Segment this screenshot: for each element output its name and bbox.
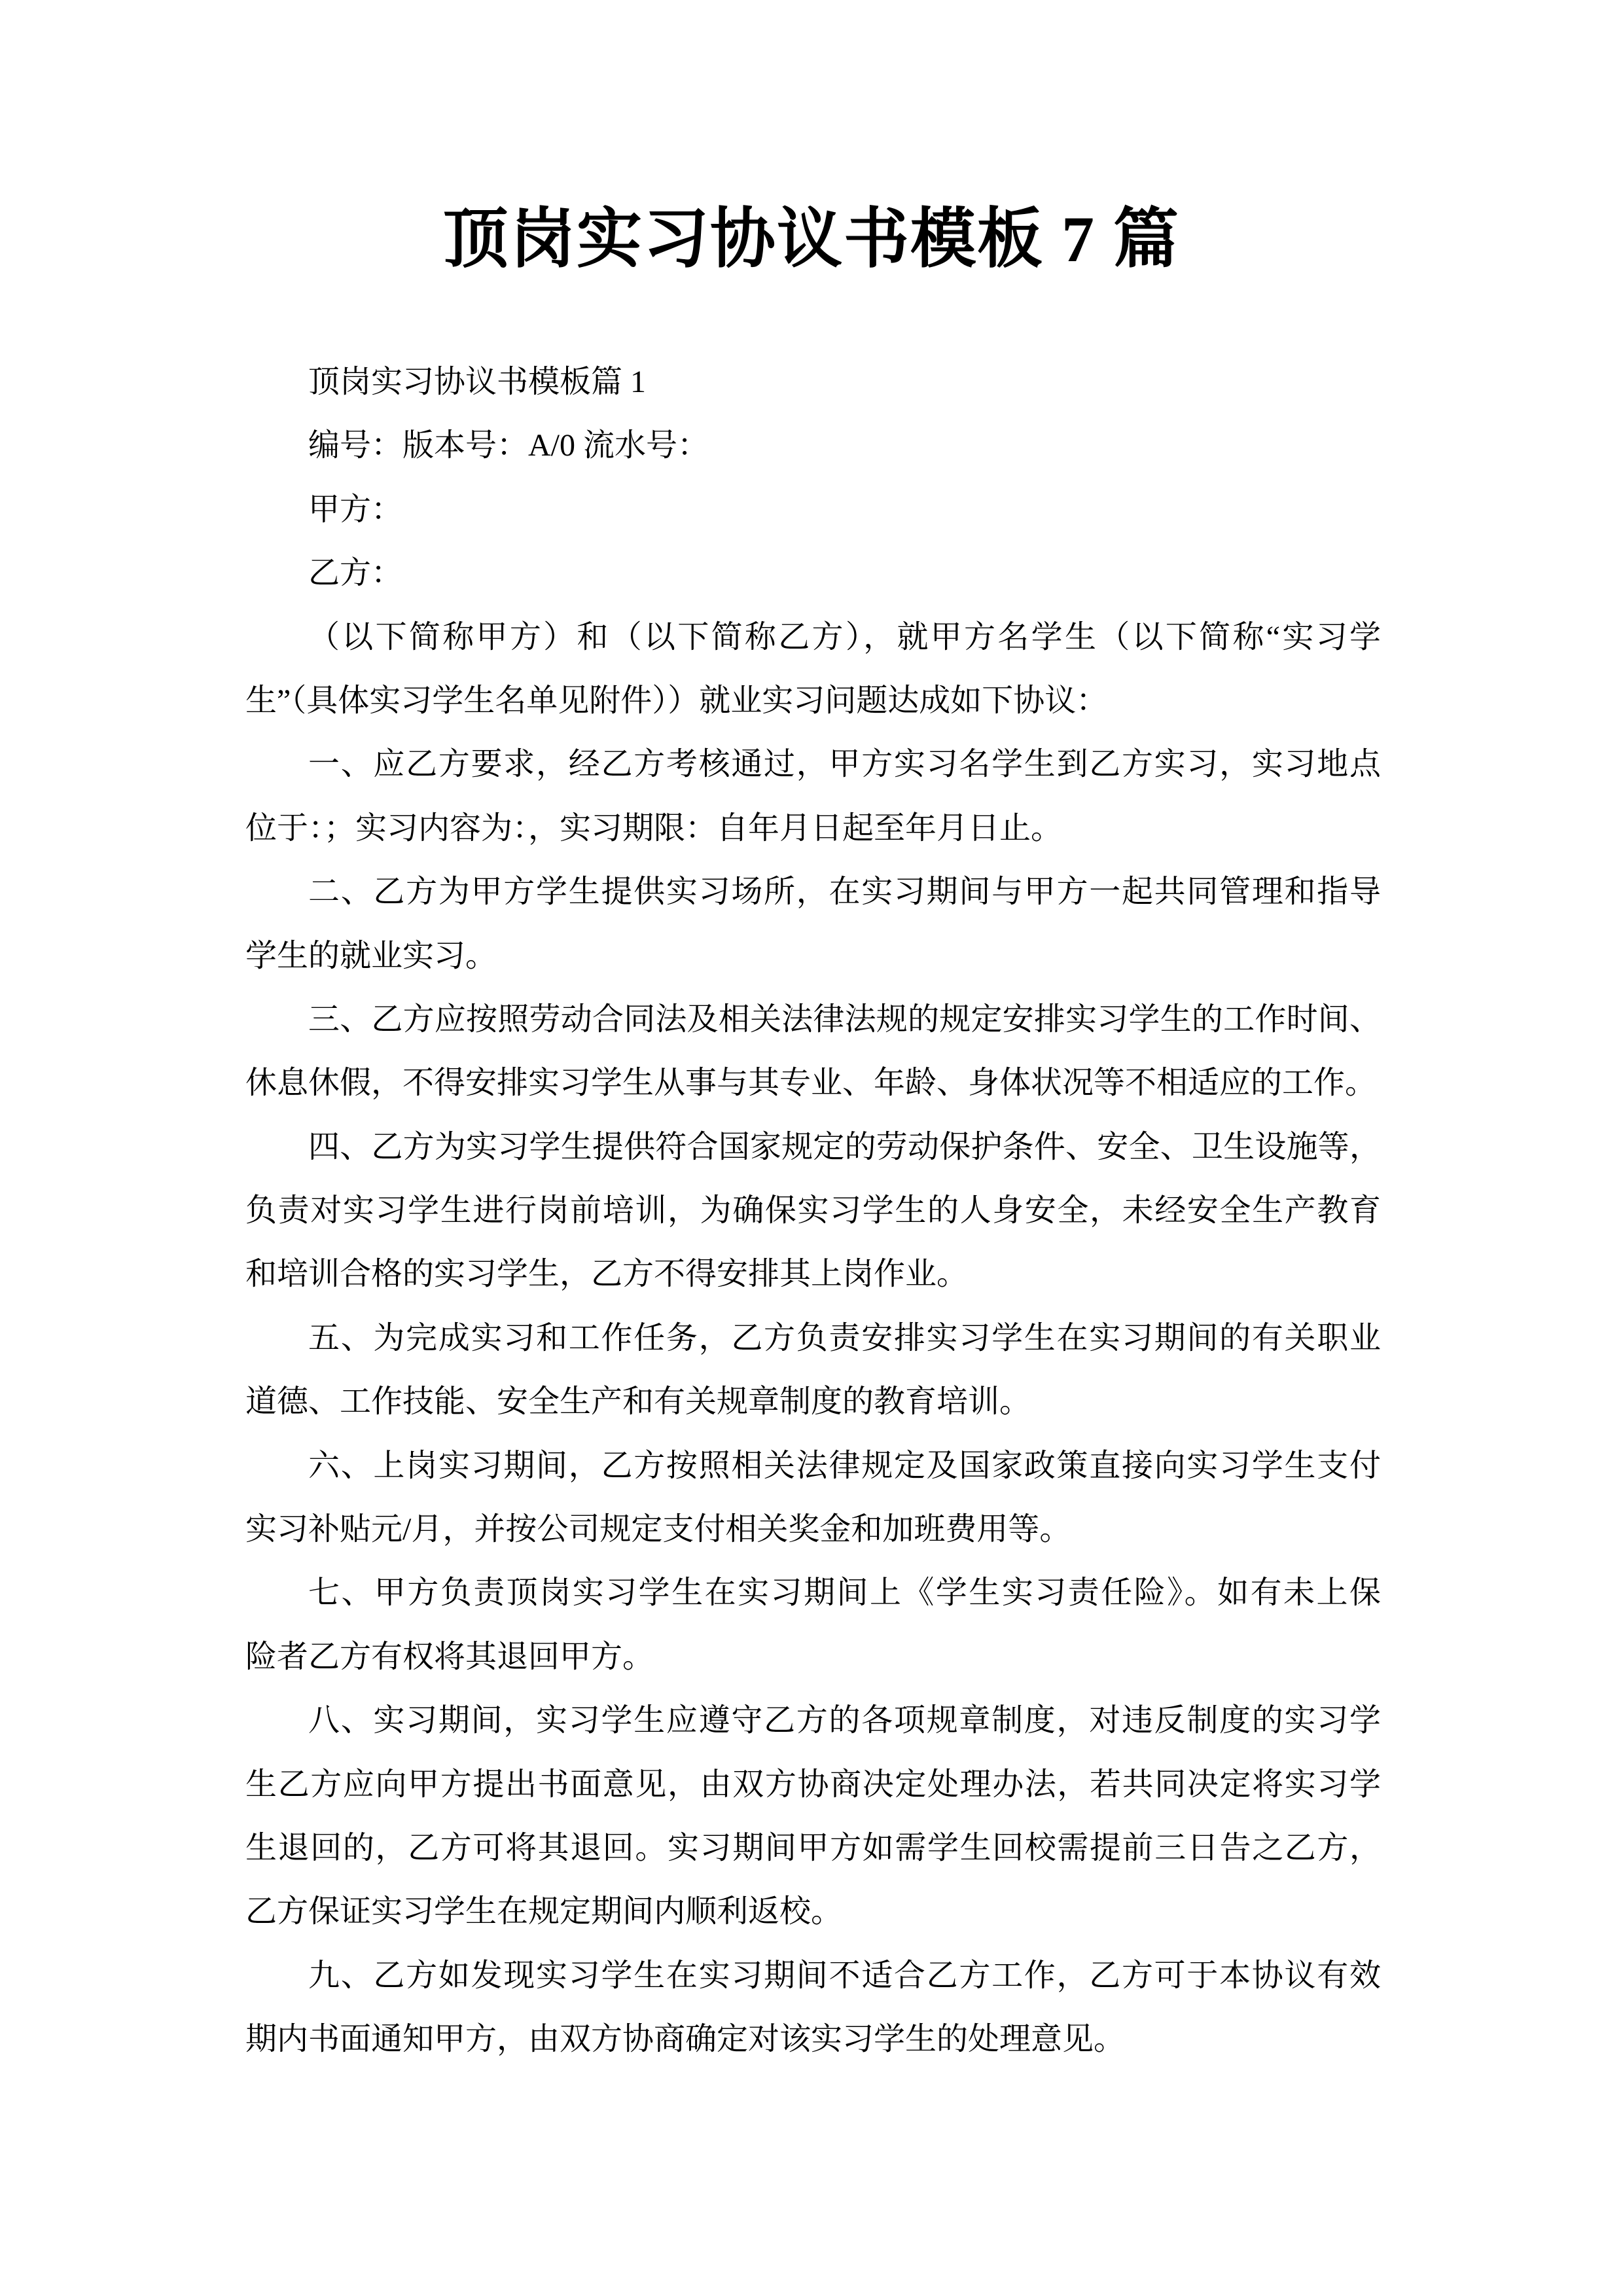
text-line: 四、乙方为实习学生提供符合国家规定的劳动保护条件、安全、卫生设施等， [245,1115,1381,1179]
text-line: 五、为完成实习和工作任务，乙方负责安排实习学生在实习期间的有关职业 [245,1306,1381,1370]
text-line: 和培训合格的实习学生，乙方不得安排其上岗作业。 [245,1242,1381,1306]
text-line: 八、实习期间，实习学生应遵守乙方的各项规章制度，对违反制度的实习学 [245,1689,1381,1752]
text-line: 负责对实习学生进行岗前培训，为确保实习学生的人身安全，未经安全生产教育 [245,1179,1381,1242]
text-line: 位于：；实习内容为：，实习期限：自年月日起至年月日止。 [245,797,1381,860]
text-line: 编号：版本号：A/0 流水号： [245,414,1381,477]
text-line: 险者乙方有权将其退回甲方。 [245,1625,1381,1689]
text-line: 生退回的，乙方可将其退回。实习期间甲方如需学生回校需提前三日告之乙方， [245,1816,1381,1880]
text-line: 休息休假，不得安排实习学生从事与其专业、年龄、身体状况等不相适应的工作。 [245,1051,1381,1115]
text-line: 七、甲方负责顶岗实习学生在实习期间上《学生实习责任险》。如有未上保 [245,1561,1381,1624]
text-line: 三、乙方应按照劳动合同法及相关法律法规的规定安排实习学生的工作时间、 [245,988,1381,1051]
text-line: （以下简称甲方）和（以下简称乙方），就甲方名学生（以下简称“实习学 [245,605,1381,669]
text-line: 生乙方应向甲方提出书面意见，由双方协商决定处理办法，若共同决定将实习学 [245,1753,1381,1816]
text-line: 乙方： [245,541,1381,605]
text-line: 二、乙方为甲方学生提供实习场所，在实习期间与甲方一起共同管理和指导 [245,860,1381,924]
text-line: 一、应乙方要求，经乙方考核通过，甲方实习名学生到乙方实习，实习地点 [245,732,1381,796]
document-page: 顶岗实习协议书模板 7 篇 顶岗实习协议书模板篇 1编号：版本号：A/0 流水号… [0,0,1623,2296]
text-line: 期内书面通知甲方，由双方协商确定对该实习学生的处理意见。 [245,2007,1381,2071]
text-line: 学生的就业实习。 [245,924,1381,988]
text-line: 六、上岗实习期间，乙方按照相关法律规定及国家政策直接向实习学生支付 [245,1434,1381,1498]
text-line: 顶岗实习协议书模板篇 1 [245,350,1381,414]
document-title: 顶岗实习协议书模板 7 篇 [0,194,1623,285]
text-line: 乙方保证实习学生在规定期间内顺利返校。 [245,1880,1381,1943]
document-body: 顶岗实习协议书模板篇 1编号：版本号：A/0 流水号：甲方：乙方：（以下简称甲方… [245,350,1381,2072]
text-line: 九、乙方如发现实习学生在实习期间不适合乙方工作，乙方可于本协议有效 [245,1944,1381,2007]
text-line: 甲方： [245,478,1381,541]
text-line: 生”（具体实习学生名单见附件））就业实习问题达成如下协议： [245,669,1381,732]
text-line: 实习补贴元/月，并按公司规定支付相关奖金和加班费用等。 [245,1498,1381,1561]
text-line: 道德、工作技能、安全生产和有关规章制度的教育培训。 [245,1370,1381,1433]
